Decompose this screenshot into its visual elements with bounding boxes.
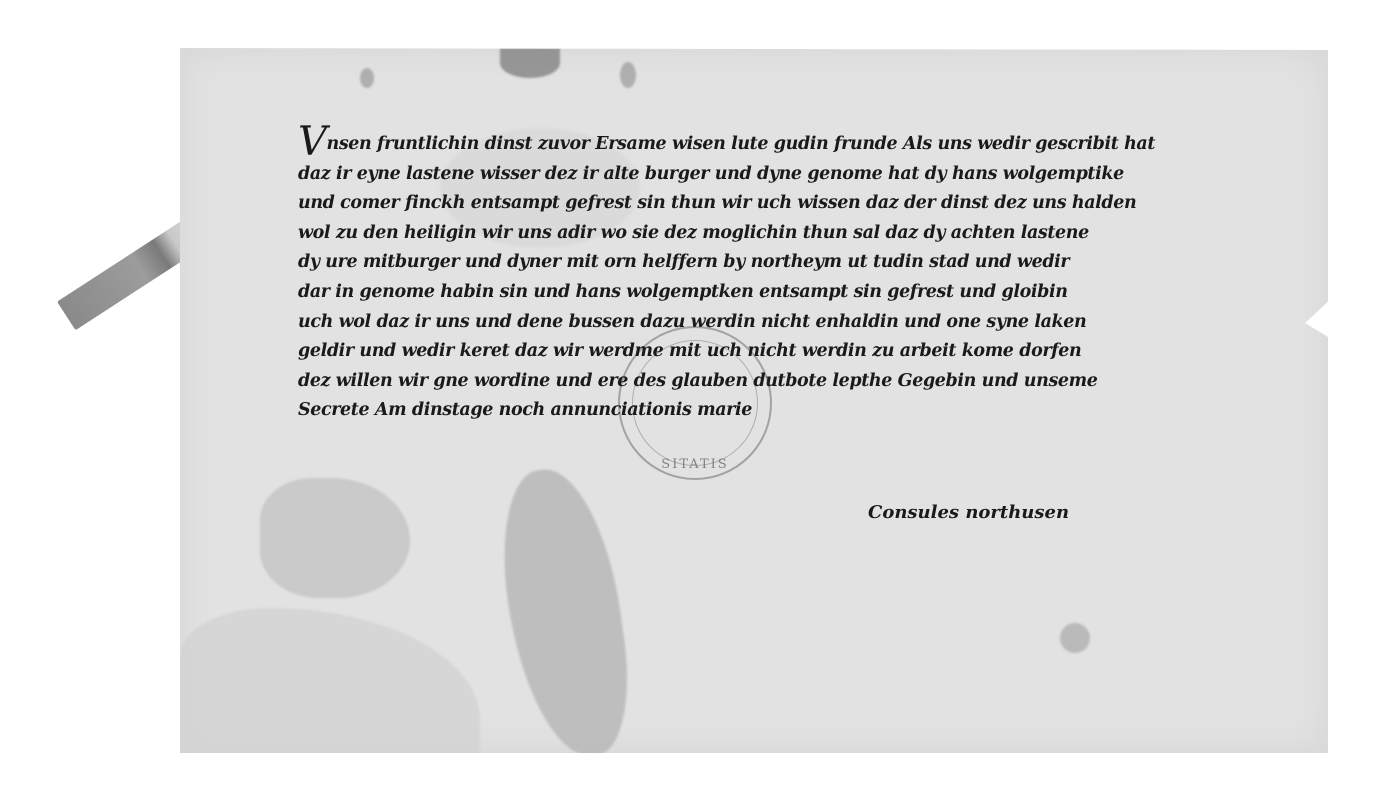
ink-blot — [500, 48, 560, 78]
letter-line-10: Secrete Am dinstage noch annunciationis … — [298, 396, 1238, 426]
letter-line-3: und comer finckh entsampt gefrest sin th… — [298, 189, 1238, 219]
letter-line-6: dar in genome habin sin und hans wolgemp… — [298, 278, 1238, 308]
letter-line-4: wol zu den heiligin wir uns adir wo sie … — [298, 219, 1238, 249]
water-stain — [1060, 623, 1090, 653]
letter-line-8: geldir und wedir keret daz wir werdme mi… — [298, 337, 1238, 367]
letter-line-9: dez willen wir gne wordine und ere des g… — [298, 367, 1238, 397]
ink-blot — [620, 62, 636, 88]
seal-text: SITATIS — [620, 457, 770, 472]
ink-blot — [360, 68, 374, 88]
letter-sheet: SITATIS Vnsen fruntlichin dinst zuvor Er… — [180, 48, 1328, 753]
signature: Consules northusen — [868, 502, 1069, 523]
water-stain — [260, 478, 410, 598]
water-stain — [490, 462, 639, 753]
decorated-initial: V — [298, 119, 327, 165]
letter-line-2: daz ir eyne lastene wisser dez ir alte b… — [298, 160, 1238, 190]
letter-line-5: dy ure mitburger und dyner mit orn helff… — [298, 248, 1238, 278]
water-stain — [180, 608, 480, 753]
letter-line-7: uch wol daz ir uns und dene bussen dazu … — [298, 308, 1238, 338]
letter-body: Vnsen fruntlichin dinst zuvor Ersame wis… — [298, 130, 1238, 426]
letter-line-1: Vnsen fruntlichin dinst zuvor Ersame wis… — [298, 130, 1238, 160]
